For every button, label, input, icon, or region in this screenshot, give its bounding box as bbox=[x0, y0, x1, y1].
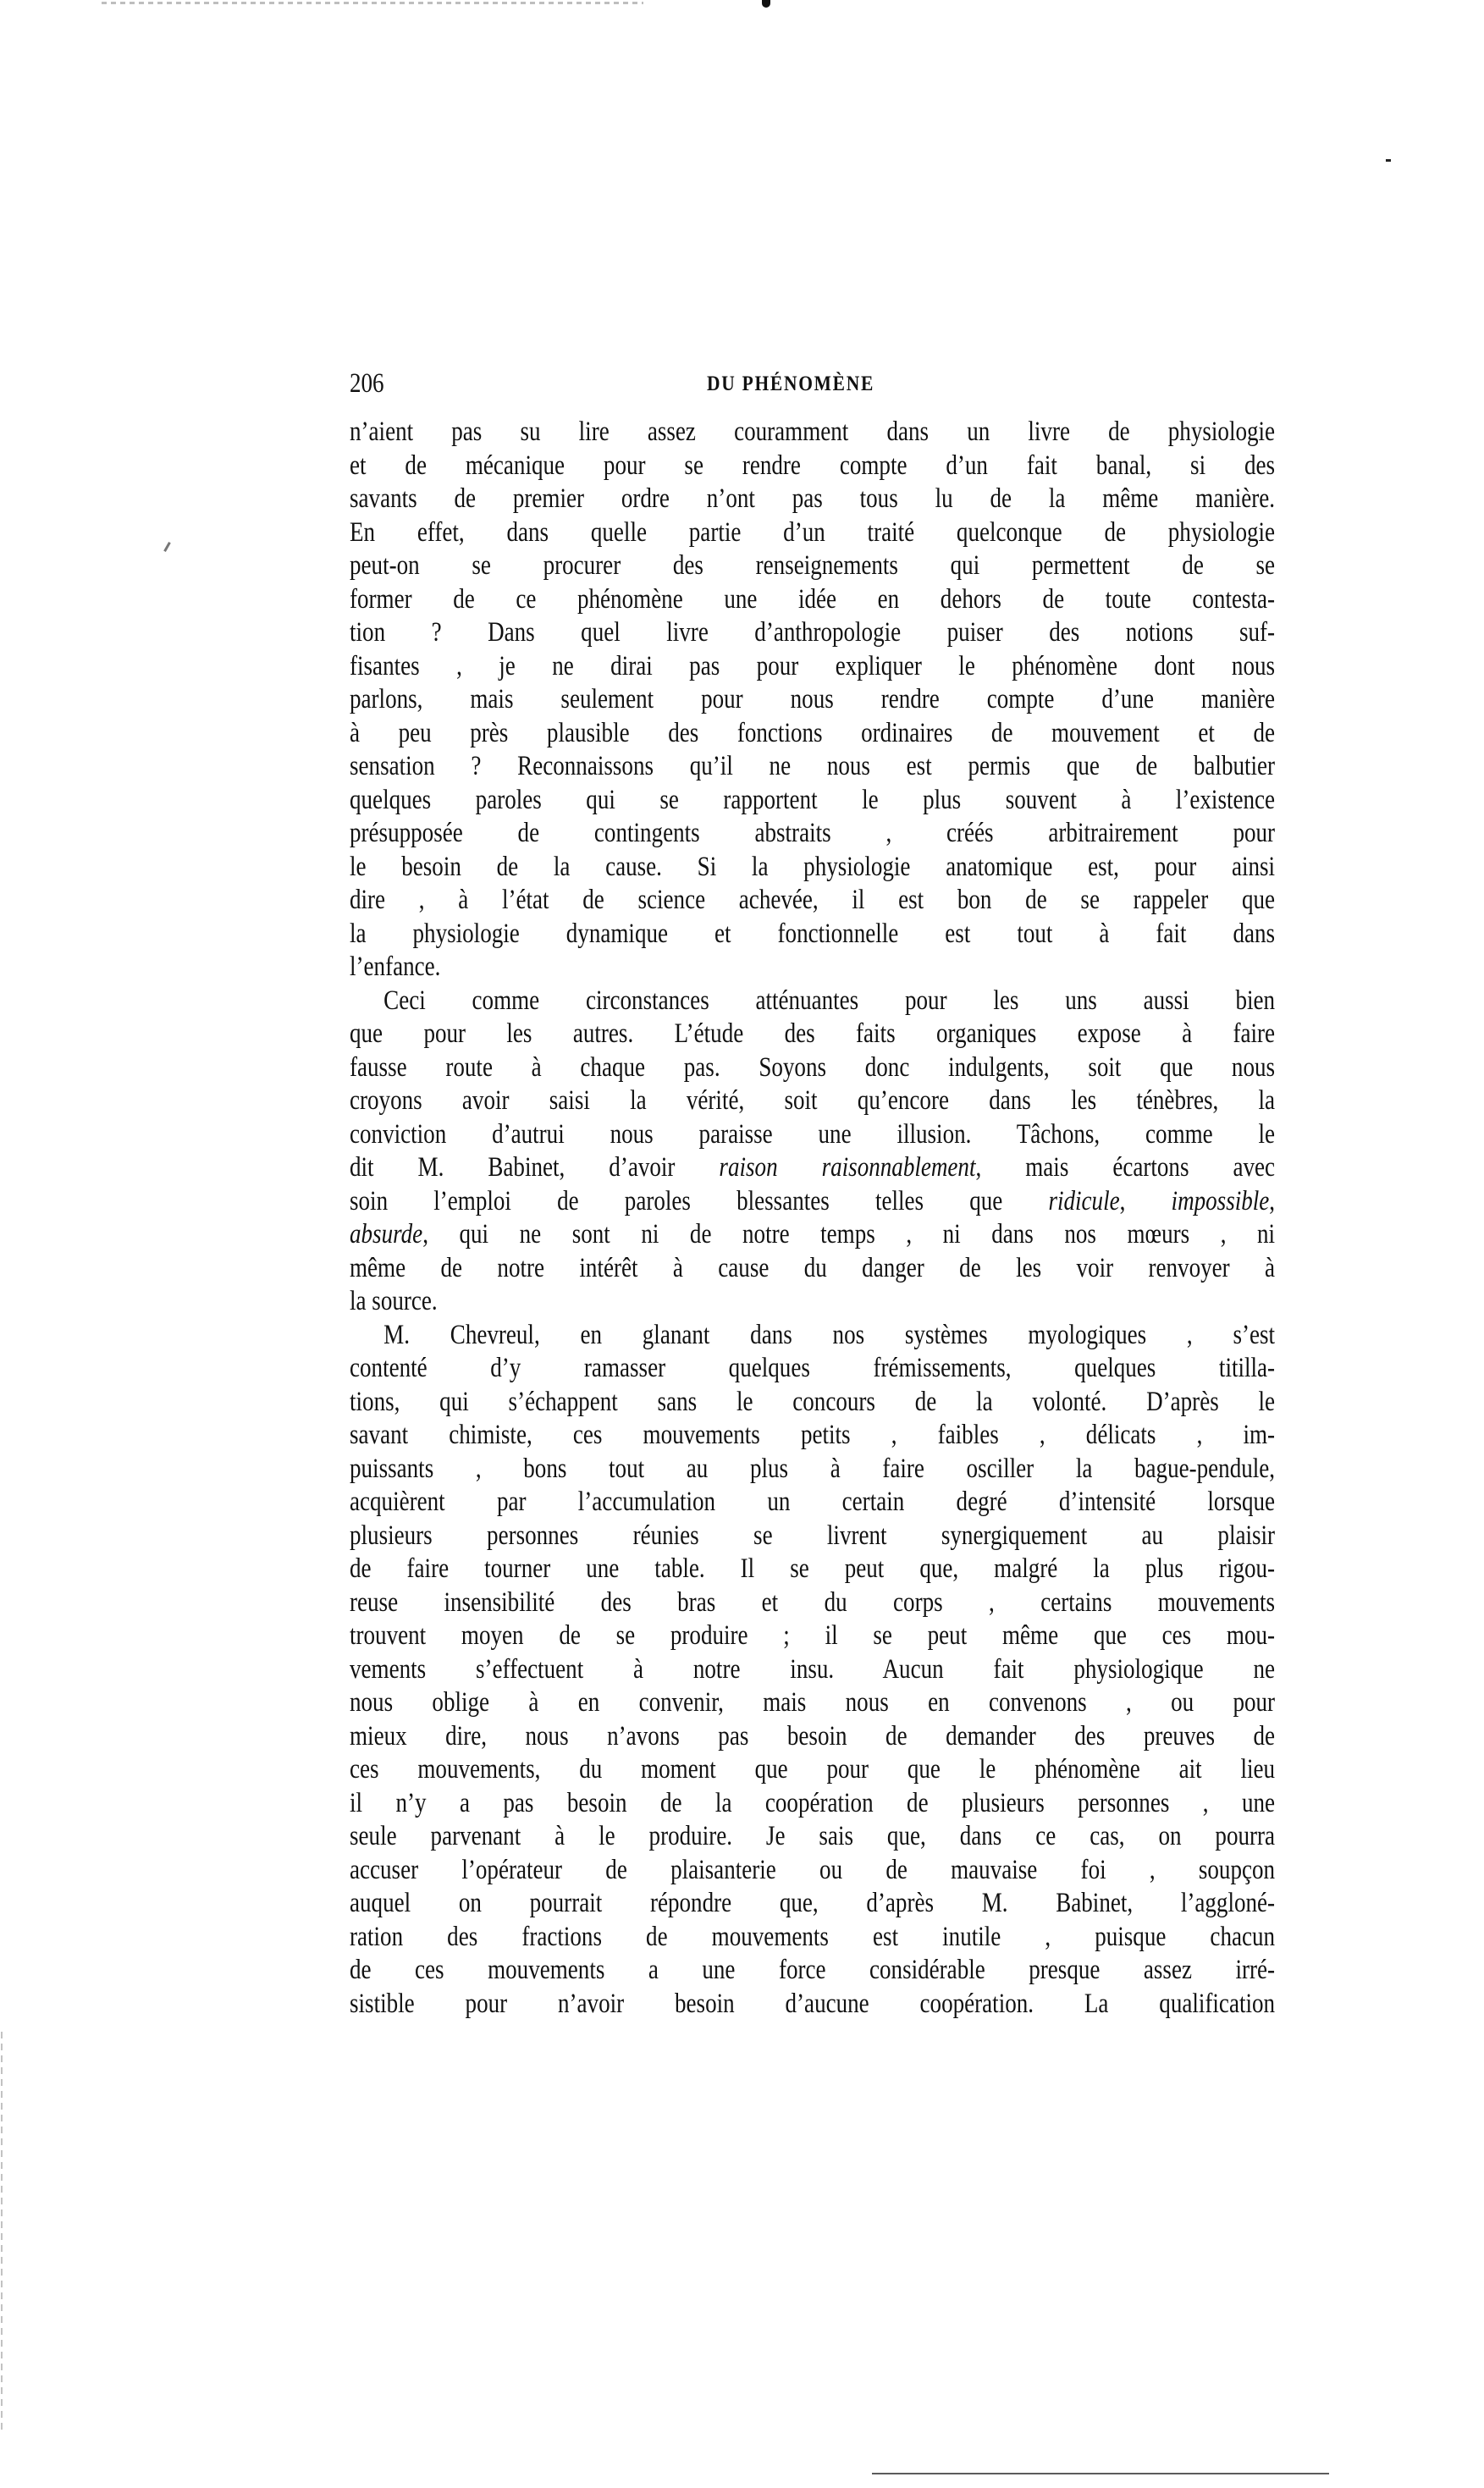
text-segment: et de mécanique pour se rendre compte d’… bbox=[350, 450, 1275, 481]
italic-text-segment: raison raisonnablement bbox=[719, 1152, 975, 1183]
text-segment: fisantes , je ne dirai pas pour explique… bbox=[350, 651, 1275, 681]
text-line: sistible pour n’avoir besoin d’aucune co… bbox=[350, 1988, 1275, 2022]
text-line: contenté d’y ramasser quelques frémissem… bbox=[350, 1352, 1275, 1386]
text-line: présupposée de contingents abstraits , c… bbox=[350, 817, 1275, 851]
text-segment: présupposée de contingents abstraits , c… bbox=[350, 818, 1275, 848]
text-line: la physiologie dynamique et fonctionnell… bbox=[350, 918, 1275, 952]
text-line: peut-on se procurer des renseignements q… bbox=[350, 549, 1275, 583]
scan-artifact-ink-blot bbox=[762, 0, 770, 8]
text-segment: savant chimiste, ces mouvements petits ,… bbox=[350, 1420, 1275, 1450]
text-segment: , qui ne sont ni de notre temps , ni dan… bbox=[422, 1219, 1275, 1250]
text-segment: le besoin de la cause. Si la physiologie… bbox=[350, 852, 1275, 882]
text-segment: , mais écartons avec bbox=[975, 1152, 1275, 1183]
text-line: de faire tourner une table. Il se peut q… bbox=[350, 1553, 1275, 1586]
text-segment: il n’y a pas besoin de la coopération de… bbox=[350, 1788, 1275, 1818]
text-segment: sensation ? Reconnaissons qu’il ne nous … bbox=[350, 751, 1275, 781]
text-segment: mieux dire, nous n’avons pas besoin de d… bbox=[350, 1721, 1275, 1752]
text-segment: sistible pour n’avoir besoin d’aucune co… bbox=[350, 1989, 1275, 2019]
text-segment: parlons, mais seulement pour nous rendre… bbox=[350, 684, 1275, 714]
text-line: n’aient pas su lire assez couramment dan… bbox=[350, 416, 1275, 450]
text-segment: vements s’effectuent à notre insu. Aucun… bbox=[350, 1654, 1275, 1685]
text-line: tions, qui s’échappent sans le concours … bbox=[350, 1386, 1275, 1420]
text-segment: reuse insensibilité des bras et du corps… bbox=[350, 1587, 1275, 1618]
text-line: absurde, qui ne sont ni de notre temps ,… bbox=[350, 1218, 1275, 1252]
scan-artifact-top-edge bbox=[102, 2, 643, 4]
text-line: dit M. Babinet, d’avoir raison raisonnab… bbox=[350, 1151, 1275, 1185]
text-line: tion ? Dans quel livre d’anthropologie p… bbox=[350, 616, 1275, 650]
text-line: mieux dire, nous n’avons pas besoin de d… bbox=[350, 1720, 1275, 1754]
text-line: vements s’effectuent à notre insu. Aucun… bbox=[350, 1653, 1275, 1687]
text-segment: seule parvenant à le produire. Je sais q… bbox=[350, 1821, 1275, 1851]
text-segment: trouvent moyen de se produire ; il se pe… bbox=[350, 1620, 1275, 1651]
text-segment: soin l’emploi de paroles blessantes tell… bbox=[350, 1186, 1048, 1216]
text-segment: la source. bbox=[350, 1286, 438, 1316]
text-segment: plusieurs personnes réunies se livrent s… bbox=[350, 1520, 1275, 1551]
text-line: En effet, dans quelle partie d’un traité… bbox=[350, 516, 1275, 550]
text-segment: même de notre intérêt à cause du danger … bbox=[350, 1253, 1275, 1283]
text-segment: acquièrent par l’accumulation un certain… bbox=[350, 1487, 1275, 1517]
text-segment: la physiologie dynamique et fonctionnell… bbox=[350, 919, 1275, 949]
text-segment: que pour les autres. L’étude des faits o… bbox=[350, 1018, 1275, 1049]
italic-text-segment: absurde bbox=[350, 1219, 422, 1250]
scan-artifact-bottom-edge bbox=[872, 2473, 1329, 2474]
text-line: quelques paroles qui se rapportent le pl… bbox=[350, 784, 1275, 818]
text-segment: Ceci comme circonstances atténuantes pou… bbox=[383, 985, 1275, 1016]
text-segment: ces mouvements, du moment que pour que l… bbox=[350, 1754, 1275, 1785]
text-line: croyons avoir saisi la vérité, soit qu’e… bbox=[350, 1084, 1275, 1118]
italic-text-segment: ridicule bbox=[1048, 1186, 1119, 1216]
text-segment: l’enfance. bbox=[350, 952, 440, 982]
text-line: fausse route à chaque pas. Soyons donc i… bbox=[350, 1051, 1275, 1085]
text-line: et de mécanique pour se rendre compte d’… bbox=[350, 450, 1275, 483]
scan-artifact-mark bbox=[163, 542, 171, 552]
text-line: sensation ? Reconnaissons qu’il ne nous … bbox=[350, 750, 1275, 784]
text-line: seule parvenant à le produire. Je sais q… bbox=[350, 1820, 1275, 1854]
text-line: trouvent moyen de se produire ; il se pe… bbox=[350, 1619, 1275, 1653]
text-line: Ceci comme circonstances atténuantes pou… bbox=[350, 985, 1275, 1018]
book-page: 206 DU PHÉNOMÈNE n’aient pas su lire ass… bbox=[0, 0, 1484, 2488]
text-segment: puissants , bons tout au plus à faire os… bbox=[350, 1454, 1275, 1484]
text-line: acquièrent par l’accumulation un certain… bbox=[350, 1486, 1275, 1520]
text-segment: En effet, dans quelle partie d’un traité… bbox=[350, 517, 1275, 548]
text-segment: M. Chevreul, en glanant dans nos système… bbox=[383, 1320, 1275, 1350]
text-segment: contenté d’y ramasser quelques frémissem… bbox=[350, 1353, 1275, 1383]
text-segment: dit M. Babinet, d’avoir bbox=[350, 1152, 719, 1183]
text-line: ration des fractions de mouvements est i… bbox=[350, 1921, 1275, 1955]
text-segment: à peu près plausible des fonctions ordin… bbox=[350, 718, 1275, 748]
italic-text-segment: impossible bbox=[1172, 1186, 1270, 1216]
text-segment: de faire tourner une table. Il se peut q… bbox=[350, 1553, 1275, 1584]
text-segment: former de ce phénomène une idée en dehor… bbox=[350, 584, 1275, 615]
text-segment: accuser l’opérateur de plaisanterie ou d… bbox=[350, 1855, 1275, 1885]
scan-artifact-mark bbox=[1386, 159, 1391, 162]
body-text: n’aient pas su lire assez couramment dan… bbox=[350, 416, 1275, 2021]
text-line: former de ce phénomène une idée en dehor… bbox=[350, 583, 1275, 617]
text-line: même de notre intérêt à cause du danger … bbox=[350, 1252, 1275, 1286]
text-line: auquel on pourrait répondre que, d’après… bbox=[350, 1887, 1275, 1921]
text-line: soin l’emploi de paroles blessantes tell… bbox=[350, 1185, 1275, 1219]
text-line: conviction d’autrui nous paraisse une il… bbox=[350, 1118, 1275, 1152]
text-line: l’enfance. bbox=[350, 951, 1275, 985]
text-line: à peu près plausible des fonctions ordin… bbox=[350, 717, 1275, 751]
text-line: ces mouvements, du moment que pour que l… bbox=[350, 1753, 1275, 1787]
text-segment: n’aient pas su lire assez couramment dan… bbox=[350, 417, 1275, 447]
text-line: que pour les autres. L’étude des faits o… bbox=[350, 1018, 1275, 1051]
text-line: le besoin de la cause. Si la physiologie… bbox=[350, 851, 1275, 885]
text-line: M. Chevreul, en glanant dans nos système… bbox=[350, 1319, 1275, 1353]
text-line: reuse insensibilité des bras et du corps… bbox=[350, 1586, 1275, 1620]
running-header: 206 DU PHÉNOMÈNE bbox=[350, 369, 1275, 398]
text-segment: quelques paroles qui se rapportent le pl… bbox=[350, 785, 1275, 815]
text-line: de ces mouvements a une force considérab… bbox=[350, 1954, 1275, 1988]
text-line: plusieurs personnes réunies se livrent s… bbox=[350, 1520, 1275, 1553]
text-line: puissants , bons tout au plus à faire os… bbox=[350, 1453, 1275, 1487]
running-title: DU PHÉNOMÈNE bbox=[707, 372, 874, 397]
text-segment: tion ? Dans quel livre d’anthropologie p… bbox=[350, 617, 1275, 648]
text-segment: tions, qui s’échappent sans le concours … bbox=[350, 1387, 1275, 1417]
text-segment: dire , à l’état de science achevée, il e… bbox=[350, 885, 1275, 915]
text-line: dire , à l’état de science achevée, il e… bbox=[350, 884, 1275, 918]
text-line: la source. bbox=[350, 1285, 1275, 1319]
text-line: savant chimiste, ces mouvements petits ,… bbox=[350, 1419, 1275, 1453]
text-line: accuser l’opérateur de plaisanterie ou d… bbox=[350, 1854, 1275, 1888]
text-line: savants de premier ordre n’ont pas tous … bbox=[350, 483, 1275, 516]
text-segment: savants de premier ordre n’ont pas tous … bbox=[350, 483, 1275, 514]
text-line: parlons, mais seulement pour nous rendre… bbox=[350, 683, 1275, 717]
text-segment: peut-on se procurer des renseignements q… bbox=[350, 550, 1275, 581]
text-segment: auquel on pourrait répondre que, d’après… bbox=[350, 1888, 1275, 1918]
text-line: fisantes , je ne dirai pas pour explique… bbox=[350, 650, 1275, 684]
text-segment: conviction d’autrui nous paraisse une il… bbox=[350, 1119, 1275, 1150]
text-segment: fausse route à chaque pas. Soyons donc i… bbox=[350, 1052, 1275, 1083]
text-line: il n’y a pas besoin de la coopération de… bbox=[350, 1787, 1275, 1821]
text-segment: ration des fractions de mouvements est i… bbox=[350, 1922, 1275, 1952]
text-segment: nous oblige à en convenir, mais nous en … bbox=[350, 1687, 1275, 1718]
text-segment: de ces mouvements a une force considérab… bbox=[350, 1955, 1275, 1985]
text-segment: croyons avoir saisi la vérité, soit qu’e… bbox=[350, 1085, 1275, 1116]
scan-artifact-left-edge bbox=[1, 2032, 3, 2430]
text-segment: , bbox=[1269, 1186, 1275, 1216]
text-line: nous oblige à en convenir, mais nous en … bbox=[350, 1686, 1275, 1720]
page-number: 206 bbox=[350, 369, 384, 398]
text-segment: , bbox=[1120, 1186, 1172, 1216]
